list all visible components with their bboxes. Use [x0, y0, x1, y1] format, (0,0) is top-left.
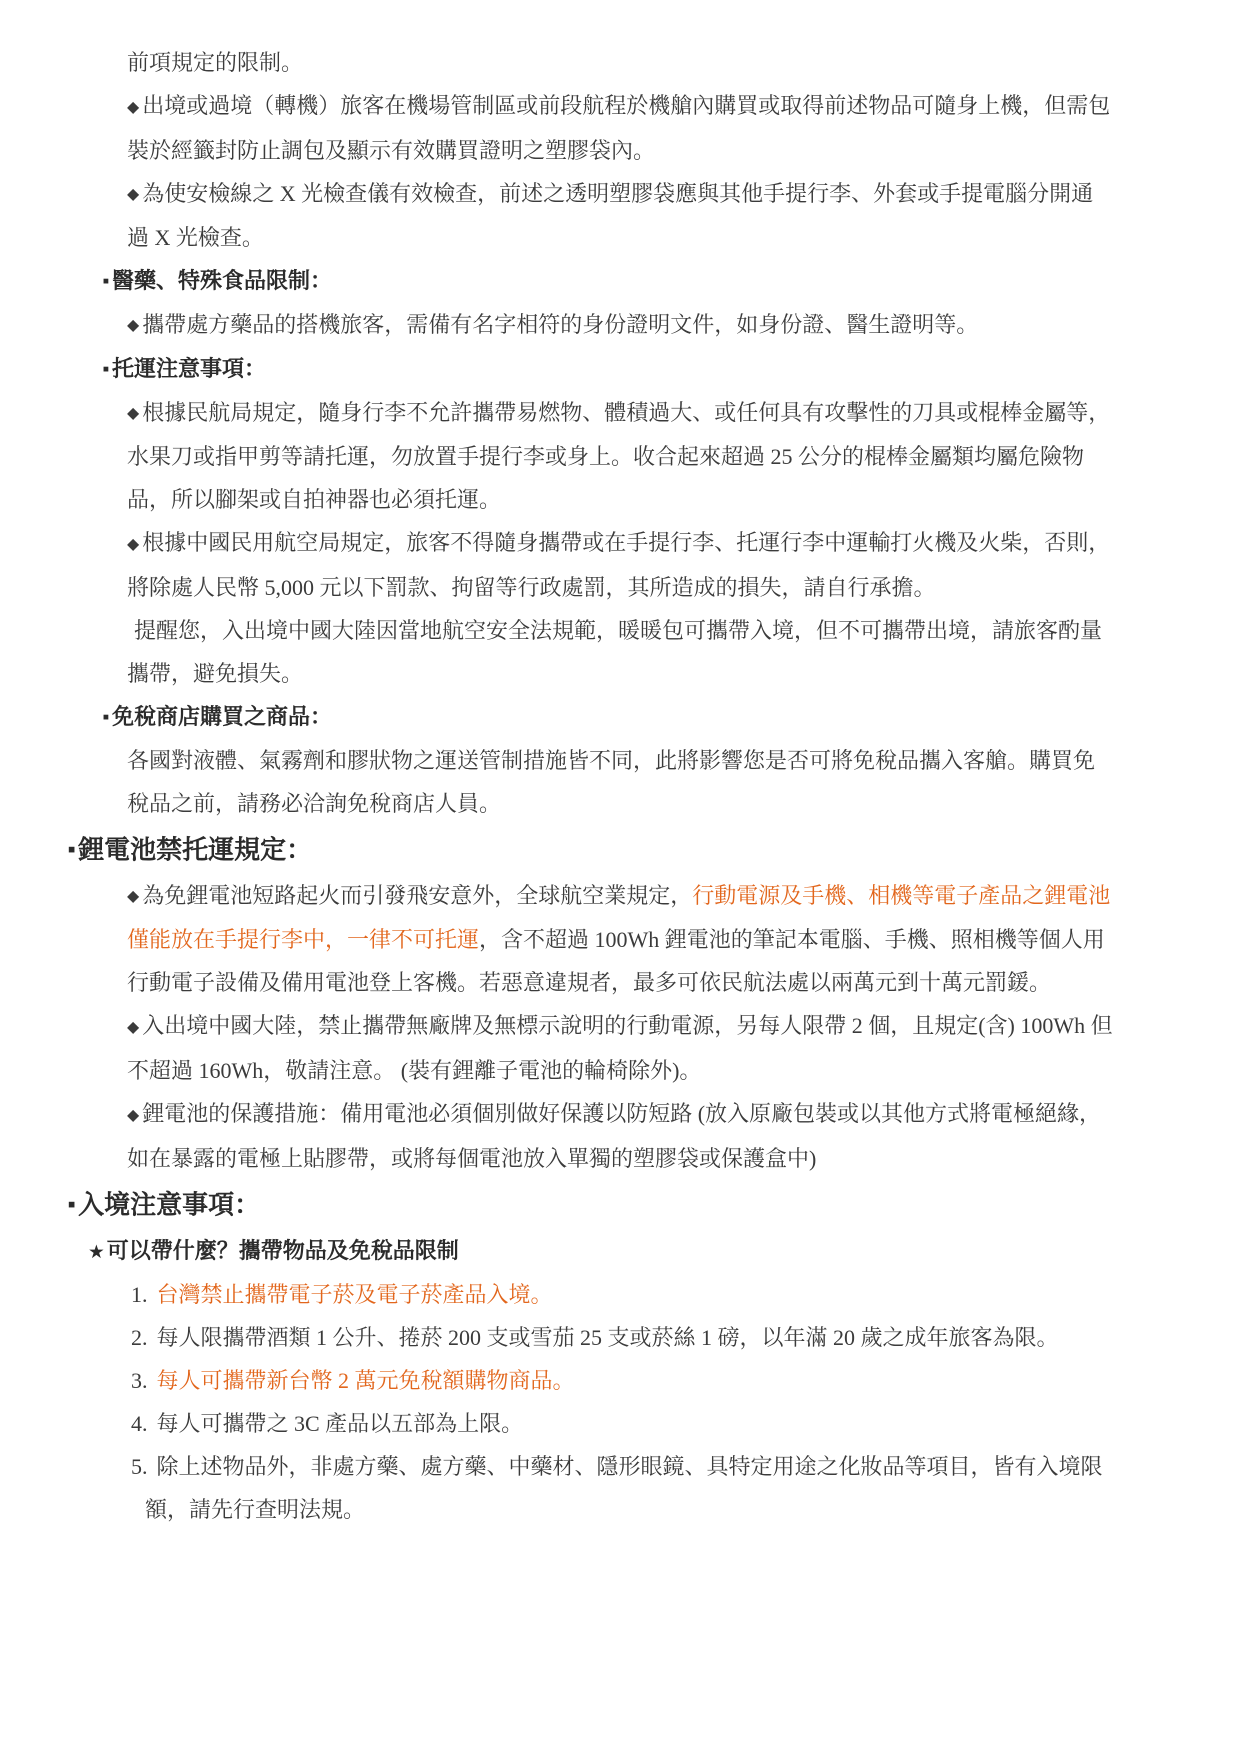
text-segment: 前項規定的限制。 [127, 50, 303, 75]
text-segment: 可以帶什麼？攜帶物品及免稅品限制 [107, 1238, 459, 1263]
text-segment: 攜帶處方藥品的搭機旅客，需備有名字相符的身份證明文件，如身份證、醫生證明等。 [142, 312, 978, 337]
text-segment: 為使安檢線之 X 光檢查儀有效檢查，前述之透明塑膠袋應與其他手提行李、外套或手提… [127, 181, 1093, 251]
text-segment: 根據中國民用航空局規定，旅客不得隨身攜帶或在手提行李、托運行李中運輸打火機及火柴… [127, 530, 1110, 600]
diamond-bullet-icon: ◆ [127, 304, 139, 347]
diamond-bullet-icon: ◆ [127, 1006, 139, 1049]
numbered-item: 2.每人限攜帶酒類 1 公升、捲菸 200 支或雪茄 25 支或菸絲 1 磅，以… [131, 1316, 1115, 1359]
diamond-bullet-icon: ◆ [127, 86, 139, 129]
text-segment: 除上述物品外，非處方藥、處方藥、中藥材、隱形眼鏡、具特定用途之化妝品等項目，皆有… [145, 1454, 1103, 1522]
highlighted-text: 台灣禁止攜帶電子菸及電子菸產品入境。 [157, 1282, 553, 1307]
subsection-heading: ■托運注意事項： [103, 347, 1141, 391]
text-segment: 醫藥、特殊食品限制： [112, 268, 332, 293]
text-segment: 為免鋰電池短路起火而引發飛安意外，全球航空業規定， [142, 883, 692, 908]
subsection-heading: ■免稅商店購買之商品： [103, 695, 1141, 739]
item-number: 5. [131, 1454, 148, 1479]
text-segment: 入境注意事項： [78, 1189, 260, 1219]
diamond-bullet-icon: ◆ [127, 1094, 139, 1137]
text-segment: 入出境中國大陸，禁止攜帶無廠牌及無標示說明的行動電源，另每人限帶 2 個，且規定… [127, 1013, 1113, 1083]
numbered-item: 5.除上述物品外，非處方藥、處方藥、中藥材、隱形眼鏡、具特定用途之化妝品等項目，… [131, 1445, 1115, 1531]
document-page: 前項規定的限制。◆出境或過境（轉機）旅客在機場管制區或前段航程於機艙內購買或取得… [0, 0, 1241, 1755]
square-bullet-icon: ■ [68, 1180, 75, 1229]
square-bullet-icon: ■ [103, 260, 109, 303]
text-segment: 提醒您，入出境中國大陸因當地航空安全法規範，暖暖包可攜帶入境，但不可攜帶出境，請… [127, 618, 1102, 686]
item-number: 4. [131, 1411, 148, 1436]
text-segment: 每人可攜帶之 3C 產品以五部為上限。 [157, 1411, 524, 1436]
square-bullet-icon: ■ [103, 696, 109, 739]
bullet-item: ◆入出境中國大陸，禁止攜帶無廠牌及無標示說明的行動電源，另每人限帶 2 個，且規… [127, 1004, 1115, 1092]
section-heading: ■入境注意事項： [68, 1180, 1161, 1229]
paragraph: 各國對液體、氣霧劑和膠狀物之運送管制措施皆不同，此將影響您是否可將免稅品攜入客艙… [127, 739, 1115, 825]
star-icon: ★ [88, 1230, 105, 1273]
bullet-item: ◆攜帶處方藥品的搭機旅客，需備有名字相符的身份證明文件，如身份證、醫生證明等。 [127, 303, 1115, 348]
text-segment: 免稅商店購買之商品： [112, 704, 332, 729]
item-number: 2. [131, 1325, 148, 1350]
paragraph: 前項規定的限制。 [127, 41, 1115, 84]
diamond-bullet-icon: ◆ [127, 875, 139, 918]
text-segment: 出境或過境（轉機）旅客在機場管制區或前段航程於機艙內購買或取得前述物品可隨身上機… [127, 93, 1110, 163]
subsection-heading: ■醫藥、特殊食品限制： [103, 259, 1141, 303]
text-segment: 托運注意事項： [112, 356, 266, 381]
diamond-bullet-icon: ◆ [127, 523, 139, 566]
text-segment: 各國對液體、氣霧劑和膠狀物之運送管制措施皆不同，此將影響您是否可將免稅品攜入客艙… [127, 748, 1095, 816]
numbered-item: 4.每人可攜帶之 3C 產品以五部為上限。 [131, 1402, 1115, 1445]
item-number: 3. [131, 1368, 148, 1393]
section-heading: ■鋰電池禁托運規定： [68, 825, 1161, 874]
item-number: 1. [131, 1282, 148, 1307]
highlighted-text: 每人可攜帶新台幣 2 萬元免稅額購物商品。 [157, 1368, 575, 1393]
bullet-item: ◆為使安檢線之 X 光檢查儀有效檢查，前述之透明塑膠袋應與其他手提行李、外套或手… [127, 172, 1115, 260]
text-segment: 每人限攜帶酒類 1 公升、捲菸 200 支或雪茄 25 支或菸絲 1 磅，以年滿… [157, 1325, 1059, 1350]
paragraph: 提醒您，入出境中國大陸因當地航空安全法規範，暖暖包可攜帶入境，但不可攜帶出境，請… [127, 609, 1115, 695]
bullet-item: ◆根據中國民用航空局規定，旅客不得隨身攜帶或在手提行李、托運行李中運輸打火機及火… [127, 521, 1115, 609]
numbered-item: 3.每人可攜帶新台幣 2 萬元免稅額購物商品。 [131, 1359, 1115, 1402]
square-bullet-icon: ■ [68, 825, 75, 874]
square-bullet-icon: ■ [103, 348, 109, 391]
star-heading: ★可以帶什麼？攜帶物品及免稅品限制 [88, 1229, 1141, 1273]
bullet-item: ◆根據民航局規定，隨身行李不允許攜帶易燃物、體積過大、或任何具有攻擊性的刀具或棍… [127, 391, 1115, 522]
text-segment: 鋰電池禁托運規定： [78, 834, 312, 864]
diamond-bullet-icon: ◆ [127, 392, 139, 435]
document-body: 前項規定的限制。◆出境或過境（轉機）旅客在機場管制區或前段航程於機艙內購買或取得… [0, 41, 1241, 1531]
bullet-item: ◆為免鋰電池短路起火而引發飛安意外，全球航空業規定，行動電源及手機、相機等電子產… [127, 874, 1115, 1005]
diamond-bullet-icon: ◆ [127, 173, 139, 216]
bullet-item: ◆鋰電池的保護措施：備用電池必須個別做好保護以防短路 (放入原廠包裝或以其他方式… [127, 1092, 1115, 1180]
text-segment: 鋰電池的保護措施：備用電池必須個別做好保護以防短路 (放入原廠包裝或以其他方式將… [127, 1101, 1101, 1171]
text-segment: 根據民航局規定，隨身行李不允許攜帶易燃物、體積過大、或任何具有攻擊性的刀具或棍棒… [127, 400, 1110, 513]
numbered-item: 1.台灣禁止攜帶電子菸及電子菸產品入境。 [131, 1273, 1115, 1316]
bullet-item: ◆出境或過境（轉機）旅客在機場管制區或前段航程於機艙內購買或取得前述物品可隨身上… [127, 84, 1115, 172]
